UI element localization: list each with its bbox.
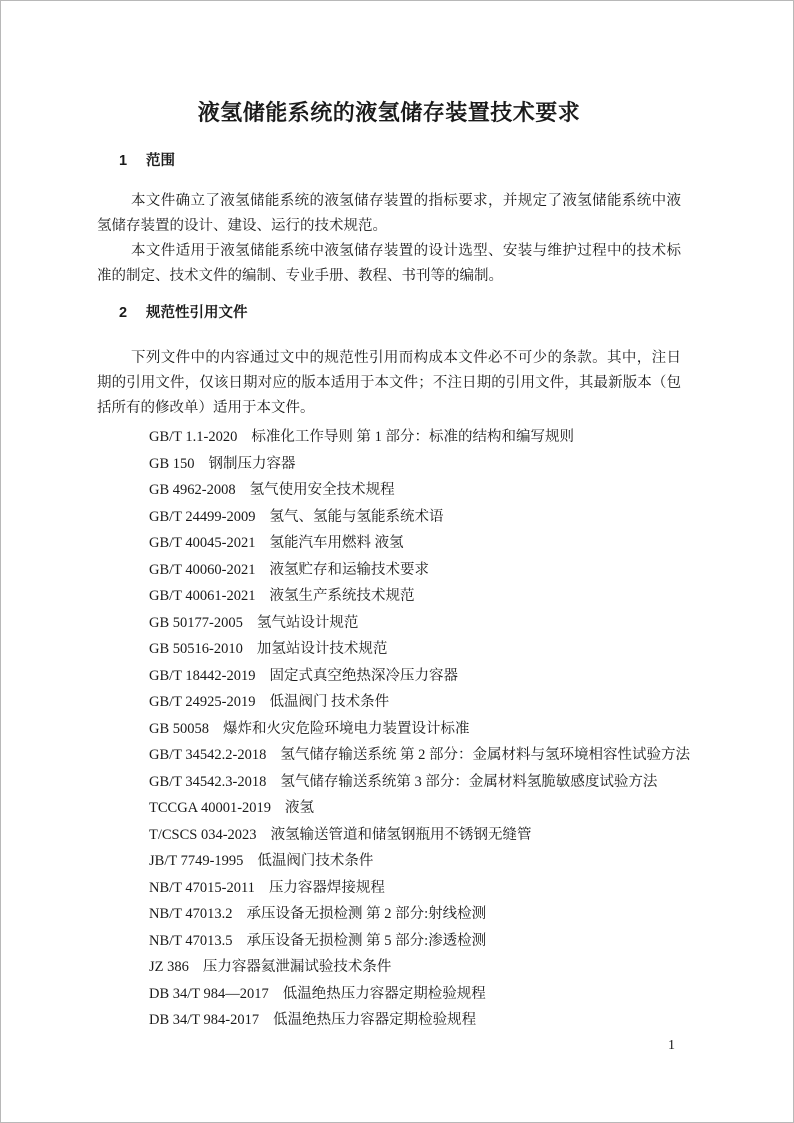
reference-item: GB/T 34542.3-2018氢气储存输送系统第 3 部分：金属材料氢脆敏感… xyxy=(97,769,681,796)
reference-code: JZ 386 xyxy=(149,959,189,975)
section-2-number: 2 xyxy=(119,303,146,323)
reference-item: GB/T 24925-2019低温阀门 技术条件 xyxy=(97,689,681,716)
document-title: 液氢储能系统的液氢储存装置技术要求 xyxy=(97,98,681,128)
reference-code: TCCGA 40001-2019 xyxy=(149,800,271,816)
reference-item: NB/T 47013.2承压设备无损检测 第 2 部分:射线检测 xyxy=(97,901,681,928)
reference-title: 钢制压力容器 xyxy=(209,456,296,472)
reference-item: JB/T 7749-1995低温阀门技术条件 xyxy=(97,848,681,875)
reference-item: GB 50058爆炸和火灾危险环境电力装置设计标准 xyxy=(97,716,681,743)
reference-title: 氢气储存输送系统 第 2 部分：金属材料与氢环境相容性试验方法 xyxy=(280,747,690,763)
document-content: 液氢储能系统的液氢储存装置技术要求 1范围 本文件确立了液氢储能系统的液氢储存装… xyxy=(97,1,681,1034)
reference-item: JZ 386压力容器氦泄漏试验技术条件 xyxy=(97,954,681,981)
section-1-paragraph: 本文件确立了液氢储能系统的液氢储存装置的指标要求，并规定了液氢储能系统中液氢储存… xyxy=(97,189,681,239)
reference-code: DB 34/T 984—2017 xyxy=(149,986,269,1002)
page-number: 1 xyxy=(668,1037,675,1055)
reference-item: NB/T 47013.5承压设备无损检测 第 5 部分:渗透检测 xyxy=(97,928,681,955)
reference-list: GB/T 1.1-2020标准化工作导则 第 1 部分：标准的结构和编写规则 G… xyxy=(97,424,681,1034)
reference-title: 低温绝热压力容器定期检验规程 xyxy=(283,986,486,1002)
reference-title: 低温阀门技术条件 xyxy=(257,853,373,869)
reference-item: GB/T 40045-2021氢能汽车用燃料 液氢 xyxy=(97,530,681,557)
reference-code: GB/T 24925-2019 xyxy=(149,694,255,710)
reference-item: DB 34/T 984-2017低温绝热压力容器定期检验规程 xyxy=(97,1007,681,1034)
reference-code: NB/T 47013.5 xyxy=(149,933,233,949)
reference-title: 液氢 xyxy=(285,800,314,816)
section-1-heading-label: 范围 xyxy=(146,153,175,169)
reference-item: GB/T 40061-2021液氢生产系统技术规范 xyxy=(97,583,681,610)
reference-title: 氢气使用安全技术规程 xyxy=(250,482,395,498)
reference-code: GB/T 24499-2009 xyxy=(149,509,255,525)
reference-item: GB/T 40060-2021液氢贮存和运输技术要求 xyxy=(97,557,681,584)
reference-item: GB/T 34542.2-2018氢气储存输送系统 第 2 部分：金属材料与氢环… xyxy=(97,742,681,769)
reference-code: NB/T 47013.2 xyxy=(149,906,233,922)
reference-item: NB/T 47015-2011压力容器焊接规程 xyxy=(97,875,681,902)
document-page: 液氢储能系统的液氢储存装置技术要求 1范围 本文件确立了液氢储能系统的液氢储存装… xyxy=(0,0,794,1123)
reference-title: 低温绝热压力容器定期检验规程 xyxy=(273,1012,476,1028)
reference-title: 氢气、氢能与氢能系统术语 xyxy=(269,509,443,525)
reference-code: T/CSCS 034-2023 xyxy=(149,827,257,843)
section-2-paragraph: 下列文件中的内容通过文中的规范性引用而构成本文件必不可少的条款。其中，注日期的引… xyxy=(97,346,681,421)
reference-item: GB 50177-2005氢气站设计规范 xyxy=(97,610,681,637)
reference-title: 氢气储存输送系统第 3 部分：金属材料氢脆敏感度试验方法 xyxy=(280,774,657,790)
section-1-paragraph: 本文件适用于液氢储能系统中液氢储存装置的设计选型、安装与维护过程中的技术标准的制… xyxy=(97,239,681,289)
section-2-heading: 2规范性引用文件 xyxy=(97,303,681,323)
reference-title: 氢能汽车用燃料 液氢 xyxy=(269,535,403,551)
reference-title: 液氢生产系统技术规范 xyxy=(269,588,414,604)
reference-item: TCCGA 40001-2019液氢 xyxy=(97,795,681,822)
reference-title: 低温阀门 技术条件 xyxy=(269,694,389,710)
reference-code: DB 34/T 984-2017 xyxy=(149,1012,259,1028)
reference-code: GB 50516-2010 xyxy=(149,641,243,657)
reference-item: GB/T 24499-2009氢气、氢能与氢能系统术语 xyxy=(97,504,681,531)
reference-code: GB/T 34542.2-2018 xyxy=(149,747,266,763)
reference-code: NB/T 47015-2011 xyxy=(149,880,255,896)
reference-title: 爆炸和火灾危险环境电力装置设计标准 xyxy=(223,721,470,737)
reference-title: 氢气站设计规范 xyxy=(257,615,359,631)
reference-item: GB 150钢制压力容器 xyxy=(97,451,681,478)
reference-code: GB/T 40045-2021 xyxy=(149,535,255,551)
reference-title: 加氢站设计技术规范 xyxy=(257,641,388,657)
reference-code: GB 50058 xyxy=(149,721,209,737)
reference-code: GB/T 34542.3-2018 xyxy=(149,774,266,790)
reference-code: GB/T 18442-2019 xyxy=(149,668,255,684)
reference-title: 液氢贮存和运输技术要求 xyxy=(269,562,429,578)
reference-item: GB/T 18442-2019固定式真空绝热深冷压力容器 xyxy=(97,663,681,690)
reference-code: JB/T 7749-1995 xyxy=(149,853,243,869)
section-1-heading: 1范围 xyxy=(97,151,681,171)
reference-code: GB/T 40061-2021 xyxy=(149,588,255,604)
reference-title: 标准化工作导则 第 1 部分：标准的结构和编写规则 xyxy=(251,429,574,445)
reference-title: 承压设备无损检测 第 5 部分:渗透检测 xyxy=(247,933,487,949)
reference-code: GB/T 1.1-2020 xyxy=(149,429,237,445)
reference-title: 压力容器氦泄漏试验技术条件 xyxy=(203,959,392,975)
reference-title: 承压设备无损检测 第 2 部分:射线检测 xyxy=(247,906,487,922)
reference-title: 压力容器焊接规程 xyxy=(269,880,385,896)
reference-item: DB 34/T 984—2017低温绝热压力容器定期检验规程 xyxy=(97,981,681,1008)
reference-code: GB 4962-2008 xyxy=(149,482,236,498)
reference-item: GB 4962-2008氢气使用安全技术规程 xyxy=(97,477,681,504)
section-2-heading-label: 规范性引用文件 xyxy=(146,305,248,321)
reference-item: GB/T 1.1-2020标准化工作导则 第 1 部分：标准的结构和编写规则 xyxy=(97,424,681,451)
reference-title: 固定式真空绝热深冷压力容器 xyxy=(269,668,458,684)
reference-code: GB/T 40060-2021 xyxy=(149,562,255,578)
reference-code: GB 50177-2005 xyxy=(149,615,243,631)
reference-item: GB 50516-2010加氢站设计技术规范 xyxy=(97,636,681,663)
section-1-number: 1 xyxy=(119,151,146,171)
reference-item: T/CSCS 034-2023液氢输送管道和储氢钢瓶用不锈钢无缝管 xyxy=(97,822,681,849)
reference-code: GB 150 xyxy=(149,456,195,472)
reference-title: 液氢输送管道和储氢钢瓶用不锈钢无缝管 xyxy=(271,827,532,843)
